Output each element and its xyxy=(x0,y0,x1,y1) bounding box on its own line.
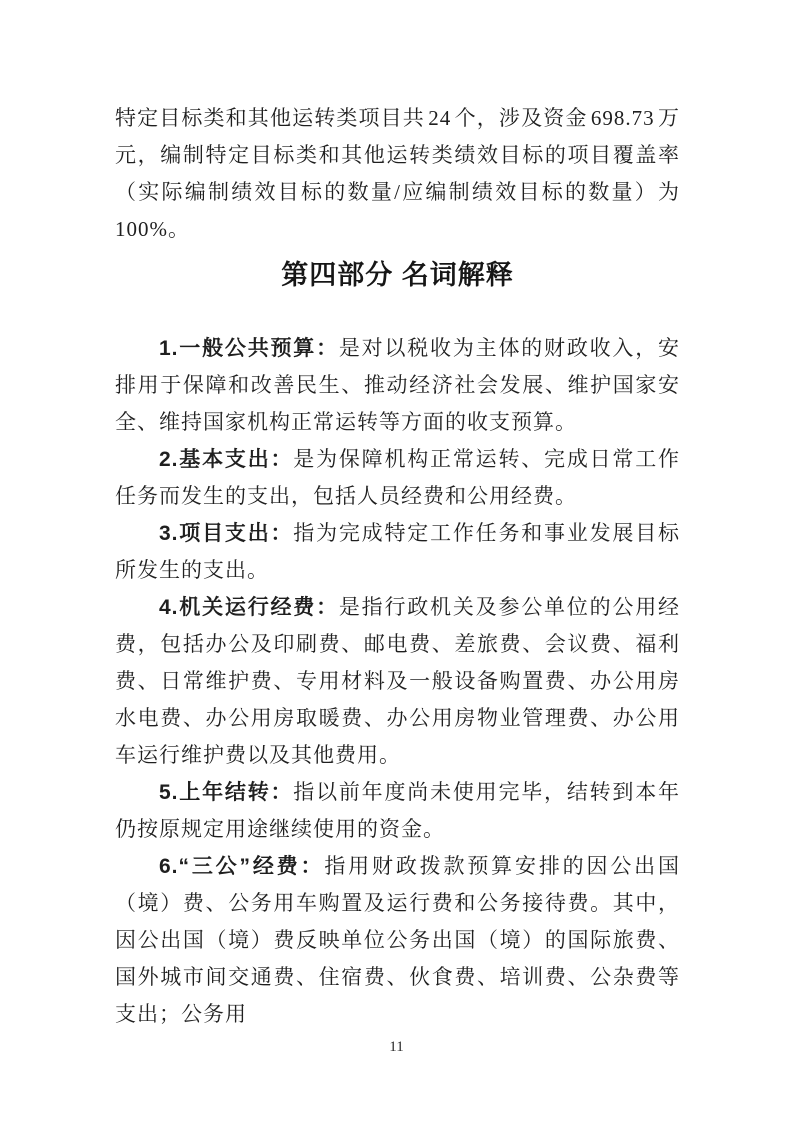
term-definition-1: 1.一般公共预算：是对以税收为主体的财政收入，安排用于保障和改善民生、推动经济社… xyxy=(115,330,680,441)
document-page: 特定目标类和其他运转类项目共 24 个，涉及资金 698.73 万元，编制特定目… xyxy=(0,0,793,1122)
term-definition-6: 6.“三公”经费：指用财政拨款预算安排的因公出国（境）费、公务用车购置及运行费和… xyxy=(115,848,680,1033)
term-definition-3: 3.项目支出：指为完成特定工作任务和事业发展目标所发生的支出。 xyxy=(115,515,680,589)
intro-paragraph: 特定目标类和其他运转类项目共 24 个，涉及资金 698.73 万元，编制特定目… xyxy=(115,100,680,248)
term-definition-5: 5.上年结转：指以前年度尚未使用完毕，结转到本年仍按原规定用途继续使用的资金。 xyxy=(115,774,680,848)
term-body: 指用财政拨款预算安排的因公出国（境）费、公务用车购置及运行费和公务接待费。其中，… xyxy=(115,854,680,1026)
term-label: 6.“三公”经费： xyxy=(159,855,324,878)
term-body: 是指行政机关及参公单位的公用经费，包括办公及印刷费、邮电费、差旅费、会议费、福利… xyxy=(115,595,680,767)
term-label: 1.一般公共预算： xyxy=(159,337,339,360)
section-heading: 第四部分 名词解释 xyxy=(115,253,680,297)
term-definition-4: 4.机关运行经费：是指行政机关及参公单位的公用经费，包括办公及印刷费、邮电费、差… xyxy=(115,589,680,774)
term-label: 5.上年结转： xyxy=(159,781,293,804)
term-label: 4.机关运行经费： xyxy=(159,596,339,619)
page-number: 11 xyxy=(0,1038,793,1056)
term-definition-2: 2.基本支出：是为保障机构正常运转、完成日常工作任务而发生的支出，包括人员经费和… xyxy=(115,441,680,515)
term-label: 2.基本支出： xyxy=(159,448,293,471)
term-label: 3.项目支出： xyxy=(159,522,293,545)
